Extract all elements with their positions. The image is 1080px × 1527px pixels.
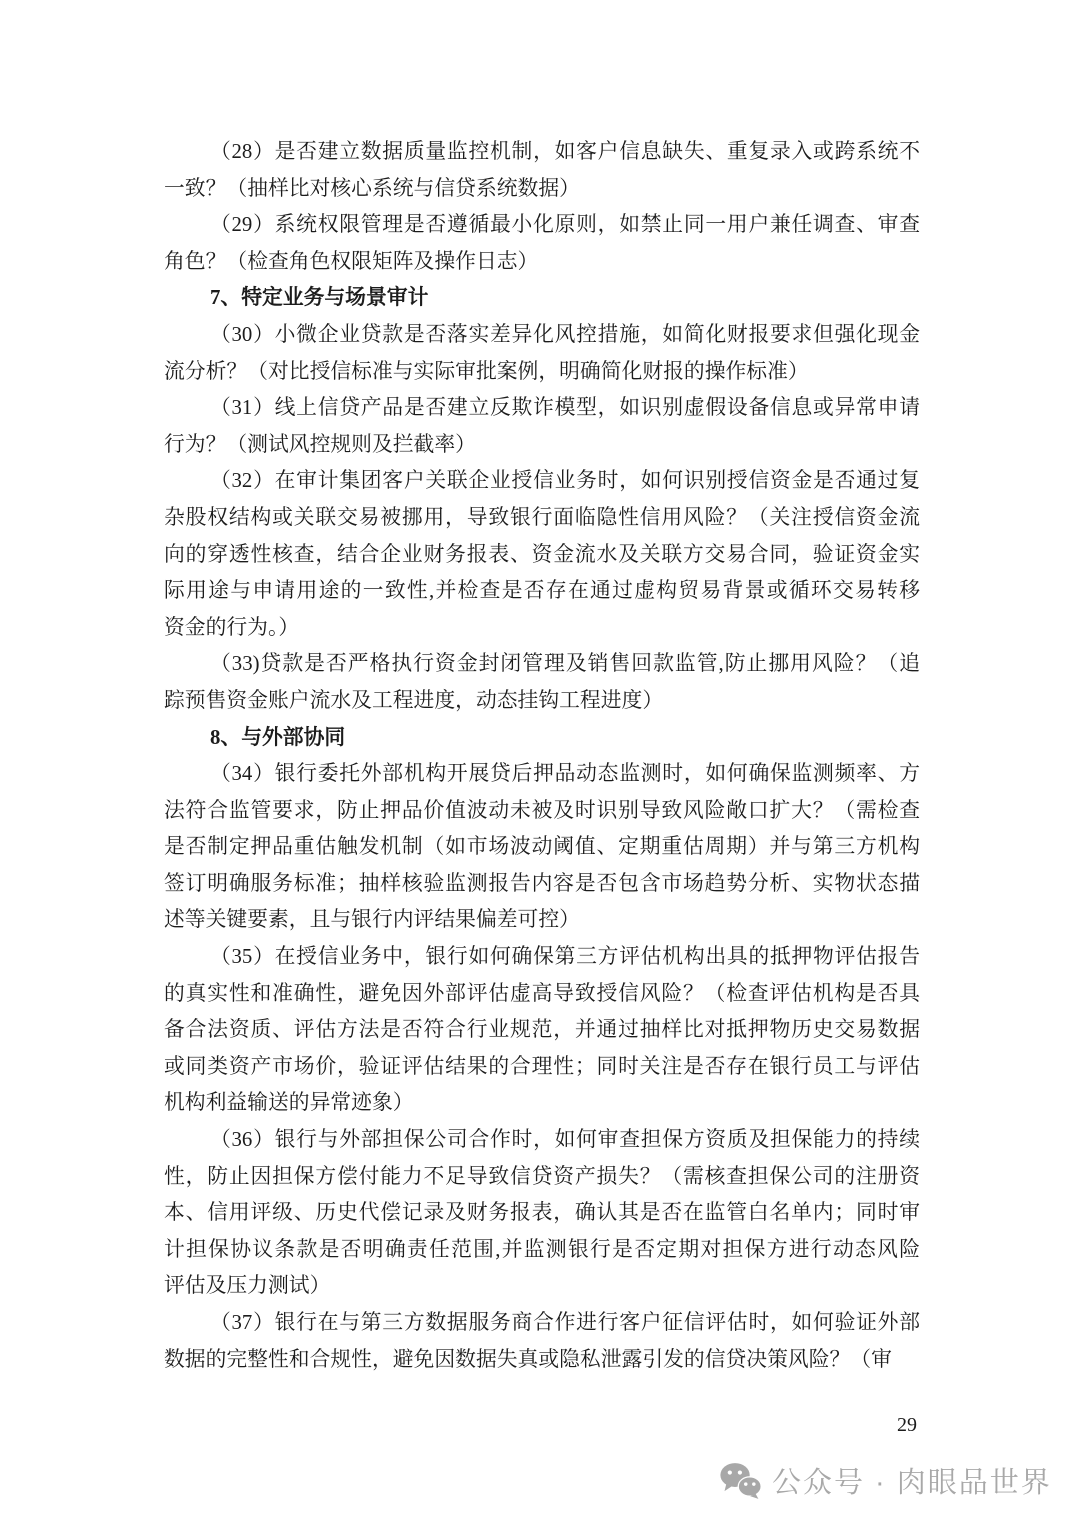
text-line: 评估及压力测试） <box>164 1268 920 1305</box>
paragraph: （28）是否建立数据质量监控机制，如客户信息缺失、重复录入或跨系统不一致？（抽样… <box>164 134 920 207</box>
text-line: （32）在审计集团客户关联企业授信业务时，如何识别授信资金是否通过复 <box>164 463 920 500</box>
text-line: （35）在授信业务中，银行如何确保第三方评估机构出具的抵押物评估报告 <box>164 939 920 976</box>
text-line: （30）小微企业贷款是否落实差异化风控措施，如简化财报要求但强化现金 <box>164 317 920 354</box>
paragraph: （34）银行委托外部机构开展贷后押品动态监测时，如何确保监测频率、方法符合监管要… <box>164 756 920 939</box>
text-line: 角色？（检查角色权限矩阵及操作日志） <box>164 244 920 281</box>
section-heading: 8、与外部协同 <box>164 720 920 757</box>
text-line: 或同类资产市场价，验证评估结果的合理性；同时关注是否存在银行员工与评估 <box>164 1049 920 1086</box>
paragraph: （32）在审计集团客户关联企业授信业务时，如何识别授信资金是否通过复杂股权结构或… <box>164 463 920 646</box>
text-line: （29）系统权限管理是否遵循最小化原则，如禁止同一用户兼任调查、审查 <box>164 207 920 244</box>
text-line: 是否制定押品重估触发机制（如市场波动阈值、定期重估周期）并与第三方机构 <box>164 829 920 866</box>
text-line: 杂股权结构或关联交易被挪用，导致银行面临隐性信用风险？（关注授信资金流 <box>164 500 920 537</box>
text-line: 机构利益输送的异常迹象） <box>164 1085 920 1122</box>
text-line: （36）银行与外部担保公司合作时，如何审查担保方资质及担保能力的持续 <box>164 1122 920 1159</box>
text-line: 的真实性和准确性，避免因外部评估虚高导致授信风险？（检查评估机构是否具 <box>164 976 920 1013</box>
paragraph: （31）线上信贷产品是否建立反欺诈模型，如识别虚假设备信息或异常申请行为？（测试… <box>164 390 920 463</box>
text-line: 计担保协议条款是否明确责任范围,并监测银行是否定期对担保方进行动态风险 <box>164 1232 920 1269</box>
text-line: 流分析？（对比授信标准与实际审批案例，明确简化财报的操作标准） <box>164 354 920 391</box>
paragraph: （36）银行与外部担保公司合作时，如何审查担保方资质及担保能力的持续性，防止因担… <box>164 1122 920 1305</box>
text-line: 备合法资质、评估方法是否符合行业规范，并通过抽样比对抵押物历史交易数据 <box>164 1012 920 1049</box>
text-line: 向的穿透性核查，结合企业财务报表、资金流水及关联方交易合同，验证资金实 <box>164 537 920 574</box>
text-line: 7、特定业务与场景审计 <box>164 280 920 317</box>
section-heading: 7、特定业务与场景审计 <box>164 280 920 317</box>
text-line: 述等关键要素，且与银行内评结果偏差可控） <box>164 902 920 939</box>
text-line: （31）线上信贷产品是否建立反欺诈模型，如识别虚假设备信息或异常申请 <box>164 390 920 427</box>
watermark-text: 公众号 · 肉眼品世界 <box>772 1460 1052 1501</box>
text-line: 8、与外部协同 <box>164 720 920 757</box>
paragraph: （33)贷款是否严格执行资金封闭管理及销售回款监管,防止挪用风险？（追踪预售资金… <box>164 646 920 719</box>
text-line: 性，防止因担保方偿付能力不足导致信贷资产损失？（需核查担保公司的注册资 <box>164 1159 920 1196</box>
paragraph: （30）小微企业贷款是否落实差异化风控措施，如简化财报要求但强化现金流分析？（对… <box>164 317 920 390</box>
text-line: （37）银行在与第三方数据服务商合作进行客户征信评估时，如何验证外部 <box>164 1305 920 1342</box>
paragraph: （37）银行在与第三方数据服务商合作进行客户征信评估时，如何验证外部数据的完整性… <box>164 1305 920 1378</box>
paragraph: （29）系统权限管理是否遵循最小化原则，如禁止同一用户兼任调查、审查角色？（检查… <box>164 207 920 280</box>
document-page: （28）是否建立数据质量监控机制，如客户信息缺失、重复录入或跨系统不一致？（抽样… <box>0 0 1080 1527</box>
document-body: （28）是否建立数据质量监控机制，如客户信息缺失、重复录入或跨系统不一致？（抽样… <box>164 134 920 1378</box>
watermark: 公众号 · 肉眼品世界 <box>719 1460 1052 1501</box>
paragraph: （35）在授信业务中，银行如何确保第三方评估机构出具的抵押物评估报告的真实性和准… <box>164 939 920 1122</box>
text-line: 签订明确服务标准；抽样核验监测报告内容是否包含市场趋势分析、实物状态描 <box>164 866 920 903</box>
wechat-icon <box>719 1462 763 1500</box>
text-line: 一致？（抽样比对核心系统与信贷系统数据） <box>164 171 920 208</box>
text-line: 行为？（测试风控规则及拦截率） <box>164 427 920 464</box>
text-line: 踪预售资金账户流水及工程进度，动态挂钩工程进度） <box>164 683 920 720</box>
text-line: 际用途与申请用途的一致性,并检查是否存在通过虚构贸易背景或循环交易转移 <box>164 573 920 610</box>
text-line: （33)贷款是否严格执行资金封闭管理及销售回款监管,防止挪用风险？（追 <box>164 646 920 683</box>
page-number: 29 <box>897 1414 917 1437</box>
text-line: （28）是否建立数据质量监控机制，如客户信息缺失、重复录入或跨系统不 <box>164 134 920 171</box>
text-line: （34）银行委托外部机构开展贷后押品动态监测时，如何确保监测频率、方 <box>164 756 920 793</box>
text-line: 资金的行为。） <box>164 610 920 647</box>
text-line: 数据的完整性和合规性，避免因数据失真或隐私泄露引发的信贷决策风险？（审 <box>164 1342 920 1379</box>
text-line: 法符合监管要求，防止押品价值波动未被及时识别导致风险敞口扩大？（需检查 <box>164 793 920 830</box>
text-line: 本、信用评级、历史代偿记录及财务报表，确认其是否在监管白名单内；同时审 <box>164 1195 920 1232</box>
